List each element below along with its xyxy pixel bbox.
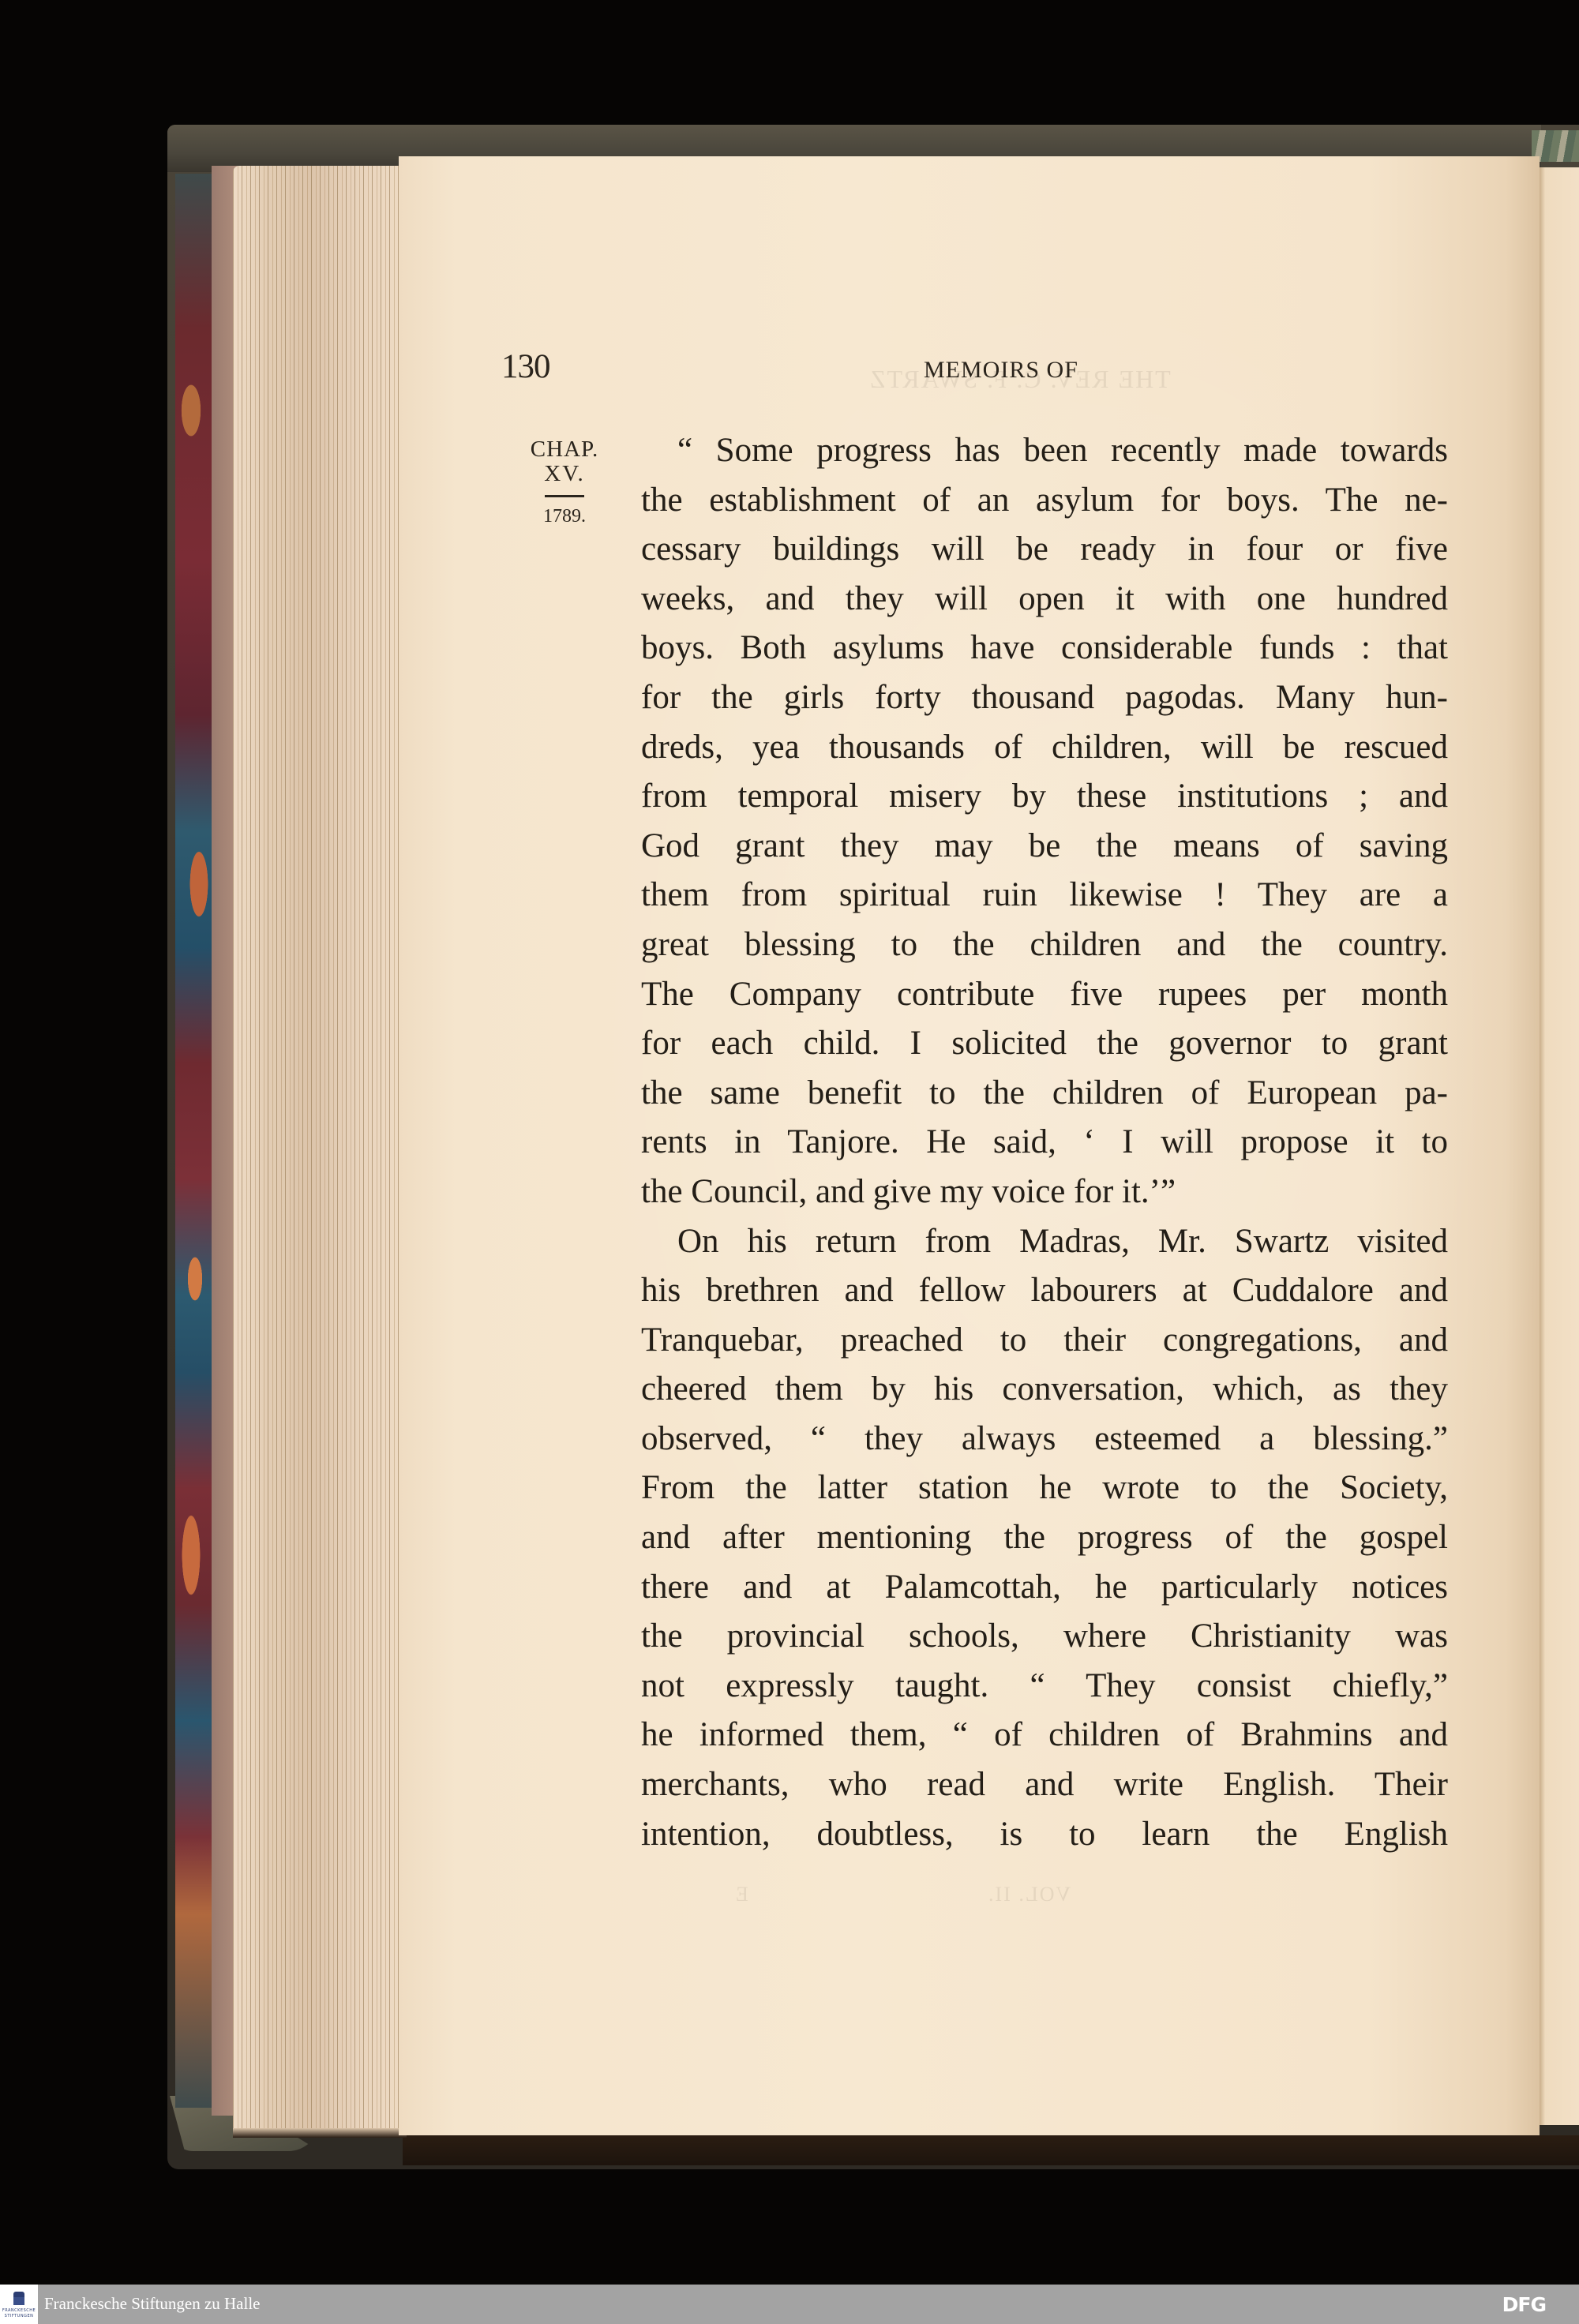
text-line: cheered them by his conversation, which,… [641,1365,1448,1415]
text-line: boys. Both asylums have considerable fun… [641,624,1448,673]
text-line: intention, doubtless, is to learn the En… [641,1810,1448,1860]
text-line: weeks, and they will open it with one hu… [641,575,1448,624]
page-number: 130 [501,347,550,386]
text-line: he informed them, “ of children of Brahm… [641,1711,1448,1760]
page-edges-stack [233,166,407,2131]
marginal-rule [545,495,584,497]
text-line: The Company contribute five rupees per m… [641,970,1448,1020]
text-line: the provincial schools, where Christiani… [641,1612,1448,1662]
chapter-number: XV. [521,462,608,485]
franckesche-stiftungen-logo[interactable]: FRANCKESCHE STIFTUNGEN [0,2285,38,2324]
text-line: From the latter station he wrote to the … [641,1464,1448,1513]
logo-caption-line-2: STIFTUNGEN [0,2314,38,2318]
text-line: “ Some progress has been recently made t… [641,426,1448,476]
text-line: dreds, yea thousands of children, will b… [641,723,1448,773]
text-line: God grant they may be the means of savin… [641,822,1448,871]
body-text: “ Some progress has been recently made t… [641,426,1448,1859]
marginal-year: 1789. [521,505,608,527]
text-line: observed, “ they always esteemed a bless… [641,1415,1448,1464]
chapter-label: CHAP. [521,437,608,462]
viewer-footer-bar: FRANCKESCHE STIFTUNGEN Franckesche Stift… [0,2285,1579,2324]
book-cover-bottom-edge [403,2135,1579,2165]
text-line: On his return from Madras, Mr. Swartz vi… [641,1217,1448,1267]
bleed-through-signature: E [734,1883,748,1906]
marginal-note: CHAP. XV. 1789. [521,437,608,527]
facing-page-edge [1540,167,1579,2125]
text-line: for the girls forty thousand pagodas. Ma… [641,673,1448,723]
text-line: there and at Palamcottah, he particularl… [641,1563,1448,1613]
text-line: the Council, and give my voice for it.’” [641,1168,1448,1217]
bleed-through-volume: VOL. II. [987,1883,1071,1906]
text-line: merchants, who read and write English. T… [641,1760,1448,1810]
text-line: for each child. I solicited the governor… [641,1019,1448,1069]
text-line: his brethren and fellow labourers at Cud… [641,1266,1448,1316]
text-line: rents in Tanjore. He said, ‘ I will prop… [641,1118,1448,1168]
institution-name: Franckesche Stiftungen zu Halle [44,2294,261,2314]
running-head: MEMOIRS OF [924,357,1078,384]
text-line: cessary buildings will be ready in four … [641,525,1448,575]
text-line: Tranquebar, preached to their congregati… [641,1316,1448,1366]
logo-caption-line-1: FRANCKESCHE [0,2308,38,2313]
text-line: from temporal misery by these institutio… [641,772,1448,822]
text-line: the establishment of an asylum for boys.… [641,476,1448,526]
text-line: them from spiritual ruin likewise ! They… [641,871,1448,920]
text-line: and after mentioning the progress of the… [641,1513,1448,1563]
marbled-endpaper [175,174,212,2108]
text-line: not expressly taught. “ They consist chi… [641,1662,1448,1711]
dfg-logo[interactable]: DFG [1502,2293,1546,2316]
founder-figure-icon [13,2292,24,2305]
text-line: the same benefit to the children of Euro… [641,1069,1448,1119]
text-line: great blessing to the children and the c… [641,920,1448,970]
